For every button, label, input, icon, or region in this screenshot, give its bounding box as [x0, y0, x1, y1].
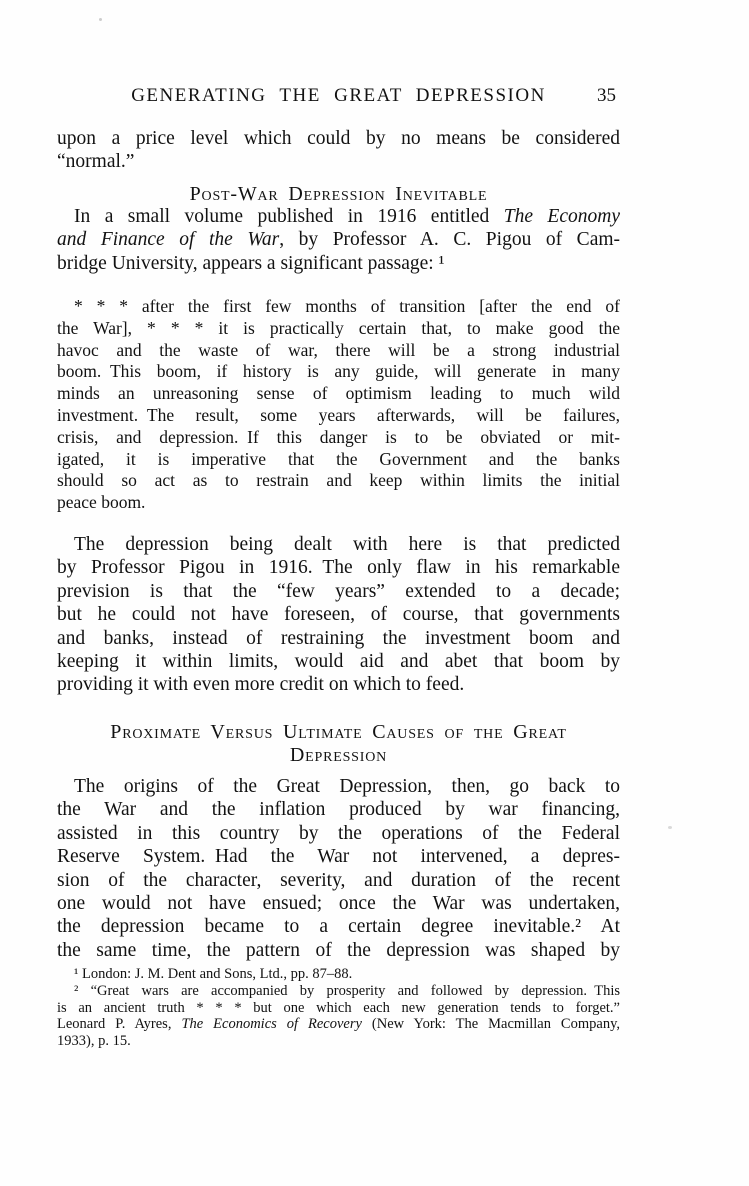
text-line: the same time, the pattern of the depres…: [57, 939, 620, 962]
text-line: and Finance of the War, by Professor A. …: [57, 228, 620, 251]
text-line: bridge University, appears a significant…: [57, 252, 620, 275]
text-line: assisted in this country by the operatio…: [57, 822, 620, 845]
text-line: the War], * * * it is practically certai…: [57, 318, 620, 340]
text-line: should so act as to restrain and keep wi…: [57, 470, 620, 492]
text-line: igated, it is imperative that the Govern…: [57, 449, 620, 471]
text-line: The depression being dealt with here is …: [57, 533, 620, 556]
text-line: minds an unreasoning sense of optimism l…: [57, 383, 620, 405]
text-line: one would not have ensued; once the War …: [57, 892, 620, 915]
block-quote-pigou: * * * after the first few months of tran…: [57, 296, 620, 514]
paragraph-continuation: upon a price level which could by no mea…: [57, 127, 620, 174]
text-line: Leonard P. Ayres, The Economics of Recov…: [57, 1016, 620, 1033]
text-line: * * * after the first few months of tran…: [57, 296, 620, 318]
heading-line: Depression: [57, 744, 620, 767]
scan-speck: [99, 18, 102, 21]
text-line: upon a price level which could by no mea…: [57, 127, 620, 150]
text-line: The origins of the Great Depression, the…: [57, 775, 620, 798]
text-line: but he could not have foreseen, of cours…: [57, 603, 620, 626]
text-line: providing it with even more credit on wh…: [57, 673, 620, 696]
paragraph-pigou-intro: In a small volume published in 1916 enti…: [57, 205, 620, 275]
text-line: ¹ London: J. M. Dent and Sons, Ltd., pp.…: [57, 966, 620, 983]
text-line: peace boom.: [57, 492, 620, 514]
text-line: In a small volume published in 1916 enti…: [57, 205, 620, 228]
running-head: GENERATING THE GREAT DEPRESSION 35: [57, 85, 620, 107]
text-line: by Professor Pigou in 1916. The only fla…: [57, 556, 620, 579]
text-line: 1933), p. 15.: [57, 1033, 620, 1050]
text-line: Reserve System. Had the War not interven…: [57, 845, 620, 868]
text-line: boom. This boom, if history is any guide…: [57, 361, 620, 383]
scan-speck: [668, 826, 672, 829]
section-heading-postwar: Post-War Depression Inevitable: [57, 183, 620, 206]
page-number: 35: [597, 85, 616, 107]
footnotes: ¹ London: J. M. Dent and Sons, Ltd., pp.…: [57, 966, 620, 1050]
text-line: prevision is that the “few years” extend…: [57, 580, 620, 603]
text-line: investment. The result, some years after…: [57, 405, 620, 427]
section-heading-proximate: Proximate Versus Ultimate Causes of the …: [57, 721, 620, 766]
text-line: keeping it within limits, would aid and …: [57, 650, 620, 673]
paragraph-origins: The origins of the Great Depression, the…: [57, 775, 620, 962]
text-line: and banks, instead of restraining the in…: [57, 627, 620, 650]
text-line: sion of the character, severity, and dur…: [57, 869, 620, 892]
paragraph-prediction: The depression being dealt with here is …: [57, 533, 620, 697]
text-line: ² “Great wars are accompanied by prosper…: [57, 983, 620, 1000]
text-line: the War and the inflation produced by wa…: [57, 798, 620, 821]
text-line: crisis, and depression. If this danger i…: [57, 427, 620, 449]
text-line: the depression became to a certain degre…: [57, 915, 620, 938]
book-page: GENERATING THE GREAT DEPRESSION 35 upon …: [0, 0, 749, 1186]
text-line: is an ancient truth * * * but one which …: [57, 1000, 620, 1017]
heading-line: Proximate Versus Ultimate Causes of the …: [57, 721, 620, 744]
text-line: havoc and the waste of war, there will b…: [57, 340, 620, 362]
text-line: “normal.”: [57, 150, 620, 173]
running-head-title: GENERATING THE GREAT DEPRESSION: [131, 85, 546, 106]
